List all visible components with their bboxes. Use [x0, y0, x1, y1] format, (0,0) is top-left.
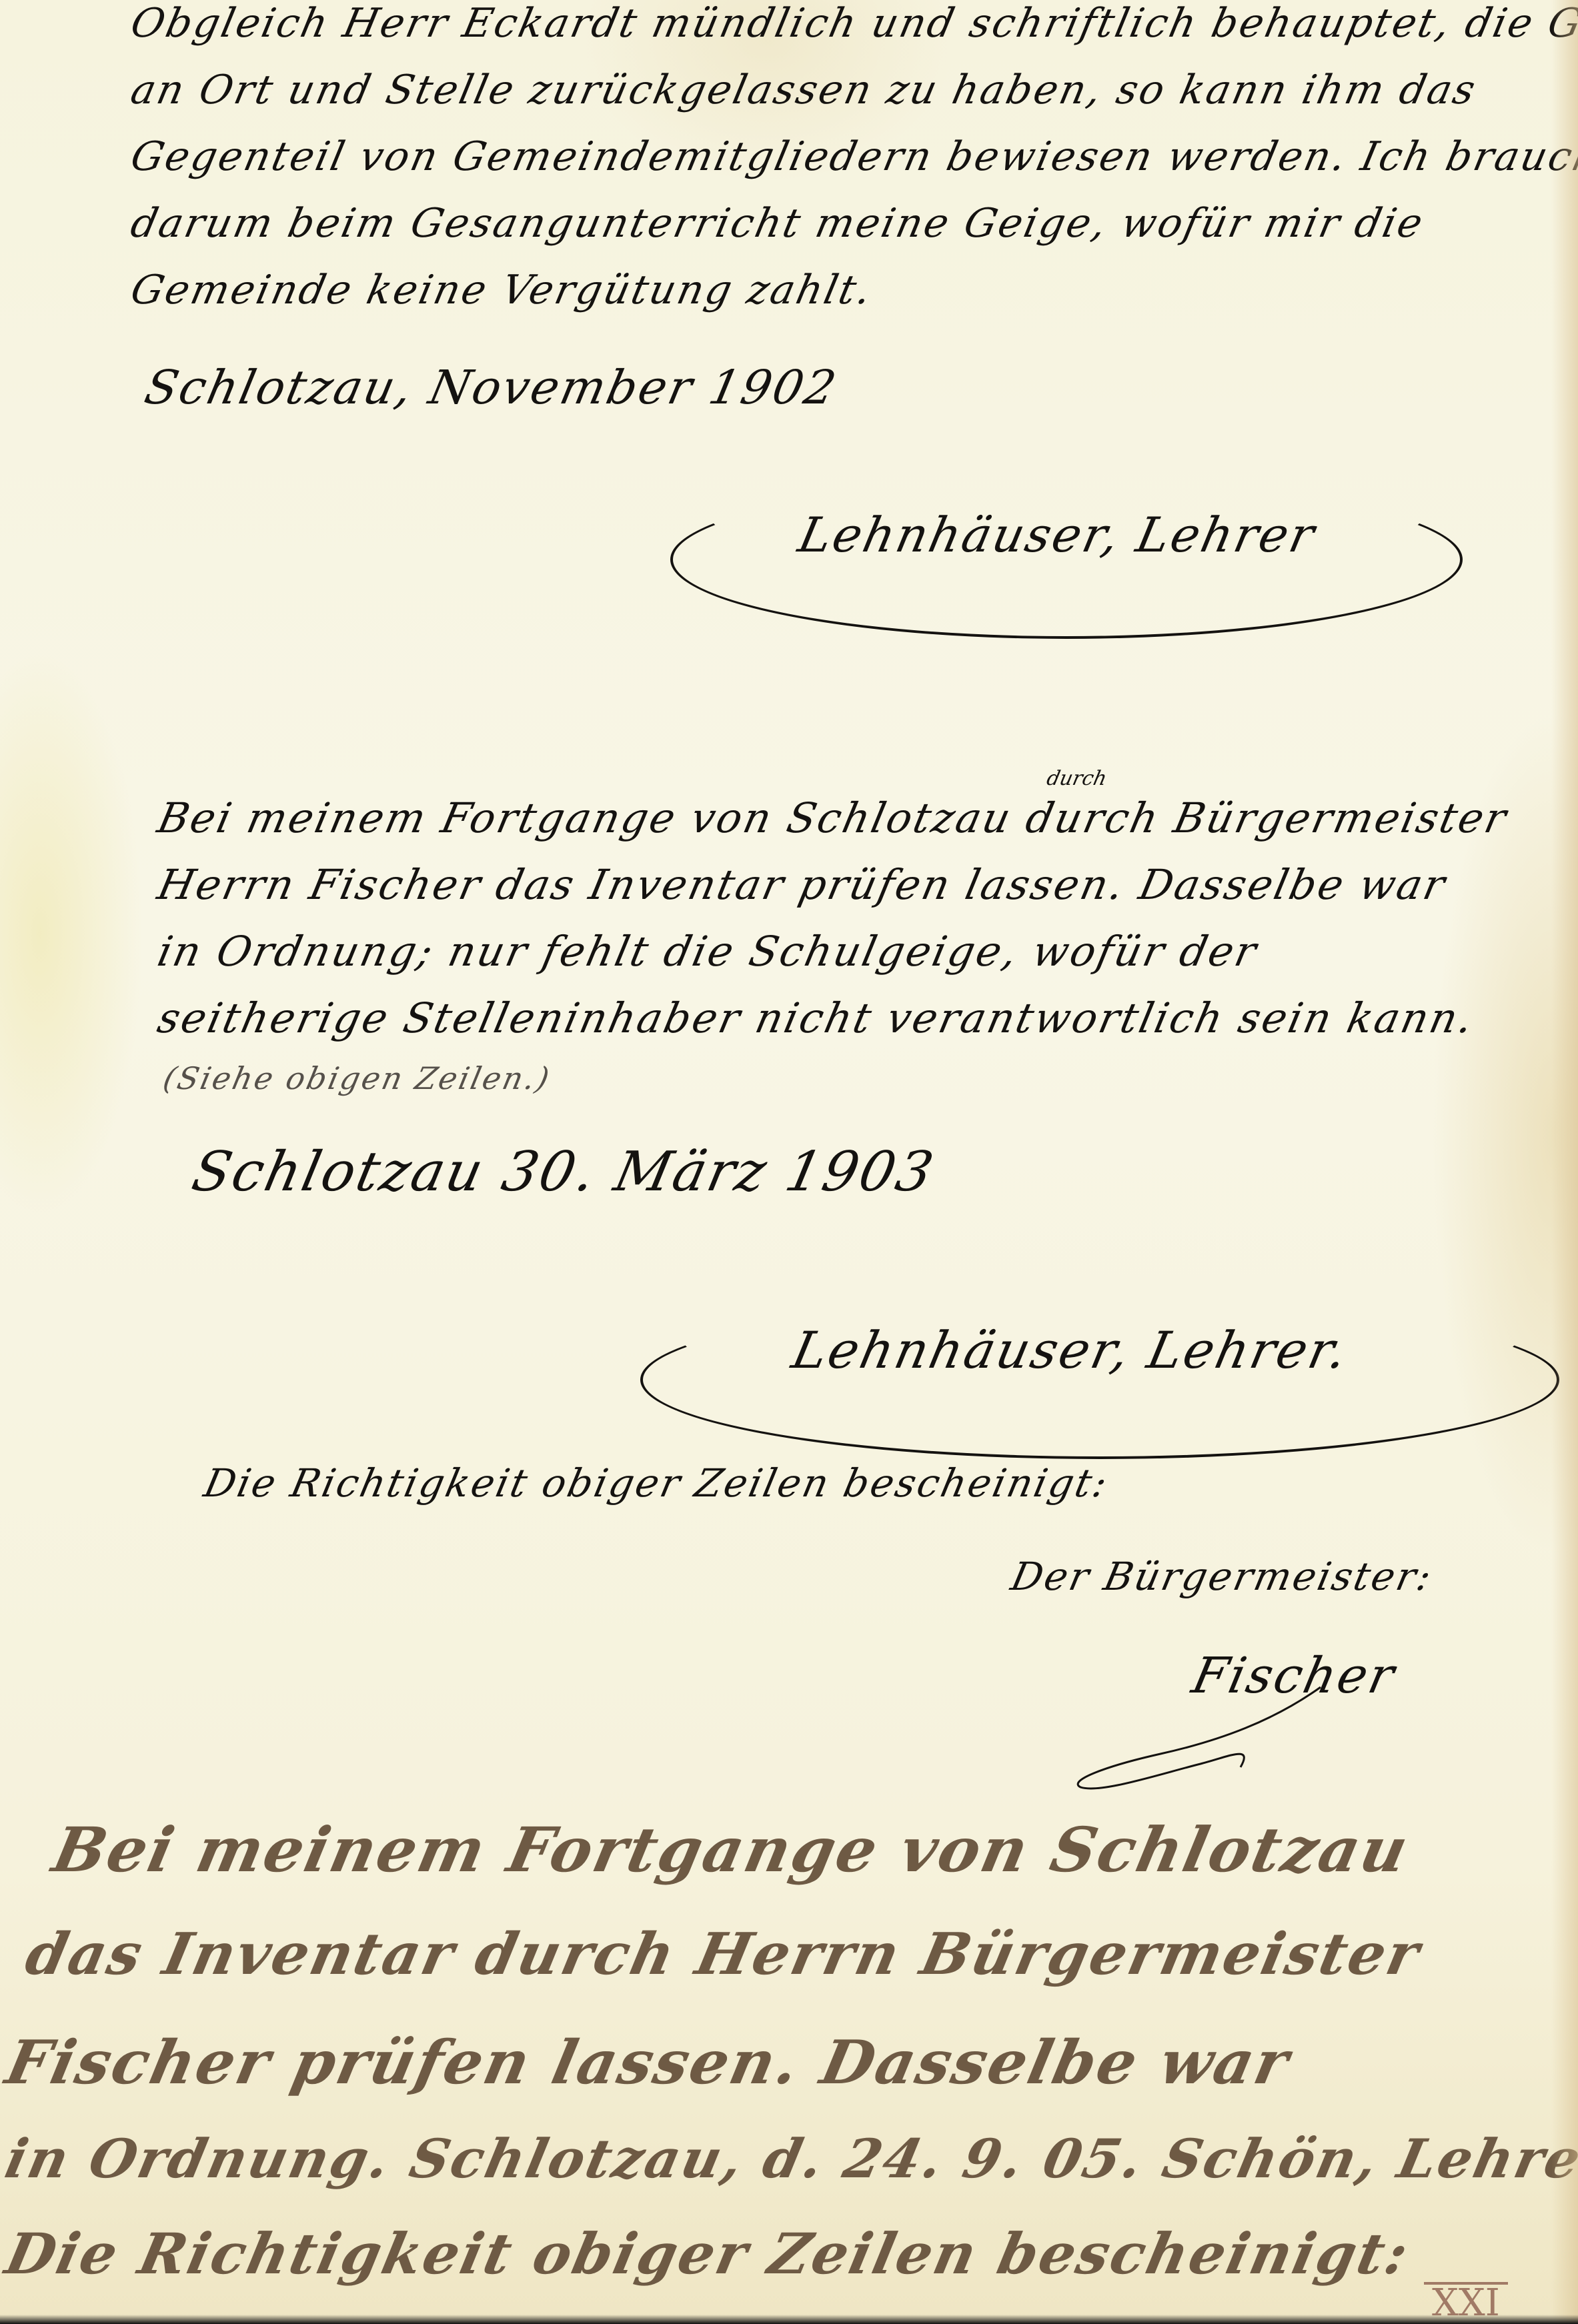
entry-1902-signature: Lehnhäuser, Lehrer — [794, 507, 1321, 563]
entry-1903-line-2: Herrn Fischer das Inventar prüfen lassen… — [153, 860, 1451, 909]
entry-1903-line-1: Bei meinem Fortgange von Schlotzau durch… — [153, 794, 1513, 842]
entry-1902-line-4: darum beim Gesangunterricht meine Geige,… — [127, 200, 1429, 247]
scan-bottom-edge — [0, 2315, 1578, 2324]
entry-1905-line-1: Bei meinem Fortgange von Schlotzau — [47, 1814, 1416, 1886]
entry-1903-line-3: in Ordnung; nur fehlt die Schulgeige, wo… — [153, 927, 1263, 976]
entry-1902-place-date: Schlotzau, November 1902 — [140, 360, 842, 415]
attestation-text: Die Richtigkeit obiger Zeilen bescheinig… — [200, 1460, 1113, 1506]
document-page: Obgleich Herr Eckardt mündlich und schri… — [0, 0, 1578, 2324]
attester-flourish — [1054, 1680, 1334, 1794]
entry-1903-place-date: Schlotzau 30. März 1903 — [187, 1140, 940, 1204]
attester-title: Der Bürgermeister: — [1007, 1554, 1437, 1599]
inserted-word: durch — [1044, 767, 1108, 790]
entry-1902-line-3: Gegenteil von Gemeindemitgliedern bewies… — [127, 133, 1578, 180]
entry-1902-line-5: Gemeinde keine Vergütung zahlt. — [127, 267, 877, 313]
entry-1903-signature: Lehnhäuser, Lehrer. — [787, 1320, 1355, 1380]
entry-1902-line-2: an Ort und Stelle zurückgelassen zu habe… — [127, 67, 1481, 113]
entry-1905-line-3: Fischer prüfen lassen. Dasselbe war — [0, 2027, 1297, 2098]
entry-1903-line-5: (Siehe obigen Zeilen.) — [160, 1060, 554, 1096]
entry-1905-line-2: das Inventar durch Herrn Bürgermeister — [20, 1921, 1427, 1988]
entry-1905-line-5: Die Richtigkeit obiger Zeilen bescheinig… — [0, 2221, 1416, 2287]
page-edge-shading — [1551, 0, 1578, 2324]
entry-1903-line-4: seitherige Stelleninhaber nicht verantwo… — [153, 994, 1479, 1042]
entry-1902-line-1: Obgleich Herr Eckardt mündlich und schri… — [127, 0, 1578, 47]
entry-1905-line-4: in Ordnung. Schlotzau, d. 24. 9. 05. Sch… — [0, 2127, 1578, 2190]
